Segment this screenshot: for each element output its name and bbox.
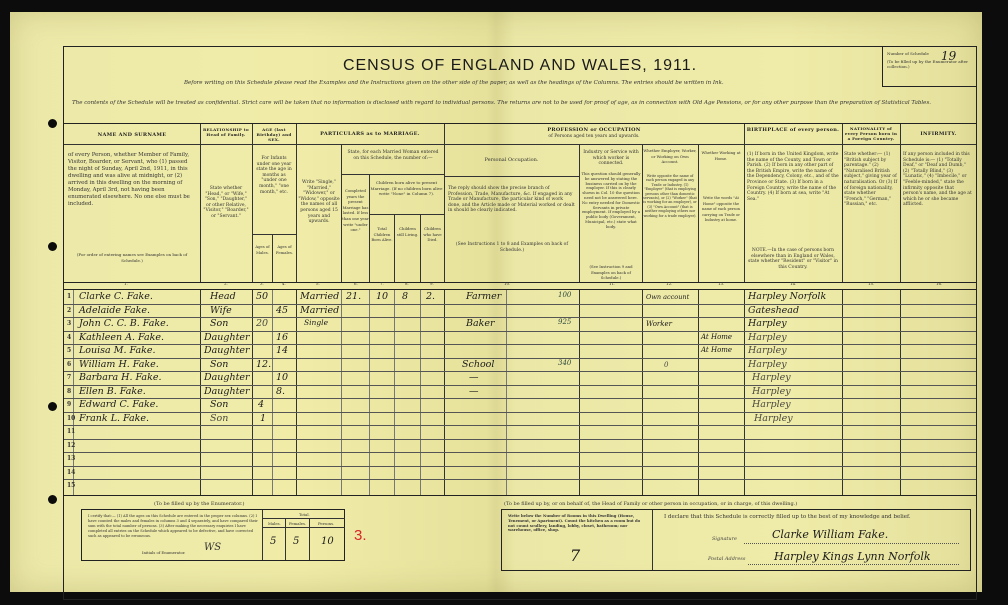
person-name: Adelaide Fake. [79,305,150,316]
enumerator-heading: (To be filled up by the Enumerator.) [154,501,245,507]
females-label: Females. [289,521,306,526]
column-number-row: 1. 2. 3. 4. 5. 6. 7. 8. 9. 10. 11. 12. 1… [64,281,976,290]
header-industry: Industry or Service with which worker is… [581,150,641,167]
birthplace: Harpley [748,359,787,370]
header-relationship-text: State whether "Head," or "Wife," "Son," … [202,186,250,220]
occupier-heading: (To be filled up by, or on behalf of, th… [504,501,797,507]
person-name: Kathleen A. Fake. [79,332,164,343]
schedule-number-note: (To be filled up by the Enumerator after… [887,59,972,69]
person-name: Ellen B. Fake. [79,386,146,397]
header-industry-note: (See Instruction 9 and Examples on back … [581,264,641,281]
working-at-home: At Home [701,346,732,354]
header-infirmity-title: INFIRMITY. [901,131,976,137]
employment-status: Worker [646,320,672,328]
males-total: 5 [270,536,276,547]
employment-status: 0 [664,361,668,369]
header-marriage-years: Completed years the present Marriage has… [342,188,369,233]
header-children-died: Children who have Died. [421,226,444,243]
age-female: 14 [276,345,288,356]
header-employer-text: Write opposite the name of each person e… [643,174,697,218]
table-row: 8 Ellen B. Fake. Daughter 8. — Harpley [64,385,976,400]
table-row: 3 John C. C. B. Fake. Son 20 Single Bake… [64,317,976,332]
census-schedule-page: CENSUS OF ENGLAND AND WALES, 1911. Befor… [10,12,982,592]
header-children-total: Total Children Born Alive. [370,226,394,243]
red-annotation: 3. [354,527,367,544]
totals-box: Total. Males. Females. Persons. 5 5 10 [262,510,345,560]
table-row: 15 [64,479,976,493]
age-male: 12. [256,359,271,370]
occupation-code: 925 [558,318,571,326]
punch-hole [48,402,57,411]
table-row: 6 William H. Fake. Son 12. School 340 0 … [64,358,976,373]
header-nationality-title: NATIONALITY of every Person born in a Fo… [843,126,899,141]
column-headers: NAME AND SURNAME of every Person, whethe… [64,123,976,283]
table-row: 10 Frank L. Fake. Son 1 Harpley [64,412,976,427]
header-name-text: of every Person, whether Member of Famil… [68,152,196,208]
declaration-text: I declare that this Schedule is correctl… [664,514,911,520]
punch-hole [48,495,57,504]
header-age-females: Ages of Females. [273,244,296,255]
birthplace: Harpley [748,318,787,329]
header-employer: Whether Employer, Worker, or Working on … [643,148,697,165]
postal-address-value: Harpley Kings Lynn Norfolk [774,550,931,563]
header-infirmity-text: If any person included in this Schedule … [903,152,973,208]
occupation-code: 100 [558,291,571,299]
enumerator-box: I certify that:— (1) All the ages on thi… [81,509,345,561]
birthplace: Harpley Norfolk [748,291,826,302]
person-name: Louisa M. Fake. [79,345,156,356]
punch-hole [48,119,57,128]
person-name: Edward C. Fake. [79,399,158,410]
header-occupation-subtitle: of Persons aged ten years and upwards. [444,134,744,140]
children-total: 10 [376,291,388,302]
rooms-instructions: Write below the Number of Rooms in this … [508,514,648,533]
instruction-line: Before writing on this Schedule please r… [184,80,724,86]
header-relationship-title: RELATIONSHIP to Head of Family. [201,127,251,137]
header-marriage-condition: Write "Single," "Married," "Widower," or… [298,180,340,225]
header-name-note: (For order of entering names see Example… [68,252,196,263]
total-label: Total. [299,512,310,517]
enumerator-initials: WS [204,542,221,553]
table-row: 14 [64,466,976,481]
age-female: 8. [276,386,285,397]
rooms-box: Write below the Number of Rooms in this … [502,510,653,570]
header-industry-text: This question should generally be answer… [581,172,641,230]
header-marriage-title: PARTICULARS as to MARRIAGE. [296,131,444,137]
header-married-woman: State, for each Married Woman entered on… [344,150,442,161]
header-personal-note: (See Instructions 1 to 8 and Examples on… [448,242,576,253]
employment-status: Own account [646,293,689,301]
document-title: CENSUS OF ENGLAND AND WALES, 1911. [64,57,976,75]
person-name: Clarke C. Fake. [79,291,153,302]
occupation: School [462,359,494,370]
marital-condition: Married [300,291,339,302]
signature-label: Signature [712,536,737,542]
schedule-number-label: Number of Schedule [887,51,929,56]
children-died: 2. [426,291,435,302]
age-male: 1 [260,413,266,424]
marital-condition: Single [304,318,328,327]
person-name: Barbara H. Fake. [79,372,162,383]
relationship: Daughter [204,372,250,383]
relationship: Son [210,399,228,410]
birthplace: Harpley [754,413,793,424]
relationship: Son [210,413,228,424]
rooms-count: 7 [570,546,580,565]
table-row: 4 Kathleen A. Fake. Daughter 16 At Home … [64,331,976,346]
occupation: — [469,372,479,383]
age-female: 45 [276,305,288,316]
header-birthplace-text: (1) If born in the United Kingdom, write… [747,152,839,202]
header-age-text: For Infants under one year state the age… [254,156,294,195]
birthplace: Harpley [748,345,787,356]
occupation: Baker [466,318,495,329]
age-male: 4 [258,399,264,410]
schedule-number-box: Number of Schedule 19 (To be filled up b… [882,47,976,87]
relationship: Wife [210,305,232,316]
schedule-frame: CENSUS OF ENGLAND AND WALES, 1911. Befor… [63,46,977,600]
table-row: 12 [64,439,976,454]
birthplace: Harpley [752,399,791,410]
age-male: 20 [256,318,268,329]
occupation: Farmer [466,291,501,302]
header-name-title: NAME AND SURNAME [64,132,200,138]
relationship: Son [210,359,228,370]
person-name: Frank L. Fake. [79,413,149,424]
relationship: Son [210,318,228,329]
punch-hole [48,242,57,251]
signature-value: Clarke William Fake. [772,528,888,541]
header-home: Whether Working at Home. [699,150,743,161]
relationship: Daughter [204,386,250,397]
birthplace: Harpley [752,372,791,383]
confidential-notice: The contents of the Schedule will be tre… [72,99,972,107]
enumerator-initials-label: Initials of Enumerator. [142,550,185,555]
occupation: — [469,386,479,397]
postal-address-label: Postal Address [708,556,745,562]
birthplace: Harpley [748,332,787,343]
females-total: 5 [293,536,299,547]
person-name: William H. Fake. [79,359,159,370]
header-children-living: Children still Living. [395,226,420,237]
header-birthplace-note: NOTE.—In the case of persons born elsewh… [747,248,839,270]
header-nationality-text: State whether:— (1) "British subject by … [844,152,898,208]
header-age-males: Ages of Males. [253,244,272,255]
header-home-text: Write the words "At Home" opposite the n… [699,196,743,224]
working-at-home: At Home [701,333,732,341]
person-name: John C. C. B. Fake. [79,318,169,329]
header-age-title: AGE (last Birthday) and SEX. [253,127,295,142]
birthplace: Gateshead [748,305,799,316]
persons-label: Persons. [318,521,334,526]
header-personal-occupation: Personal Occupation. [446,158,577,164]
header-occupation-title: PROFESSION or OCCUPATION [444,127,744,133]
relationship: Head [210,291,236,302]
header-marriage-children: Children born alive to present Marriage.… [370,180,443,197]
birthplace: Harpley [752,386,791,397]
table-row: 5 Louisa M. Fake. Daughter 14 At Home Ha… [64,344,976,359]
age-male: 50 [256,291,268,302]
age-female: 16 [276,332,288,343]
children-living: 8 [402,291,408,302]
occupier-box: Write below the Number of Rooms in this … [501,509,971,571]
table-row: 7 Barbara H. Fake. Daughter 10 — Harpley [64,371,976,386]
age-female: 10 [276,372,288,383]
table-row: 1 Clarke C. Fake. Head 50 Married 21. 10… [64,290,976,305]
years-married: 21. [346,291,361,302]
schedule-number-value: 19 [941,49,956,63]
table-row: 2 Adelaide Fake. Wife 45 Married Gateshe… [64,304,976,319]
enumerator-certification: I certify that:— (1) All the ages on thi… [88,514,258,539]
header-birthplace-title: BIRTHPLACE of every person. [744,127,842,133]
table-row: 13 [64,452,976,467]
table-row: 9 Edward C. Fake. Son 4 Harpley [64,398,976,413]
relationship: Daughter [204,332,250,343]
relationship: Daughter [204,345,250,356]
header-personal-text: The reply should show the precise branch… [448,186,576,214]
marital-condition: Married [300,305,339,316]
males-label: Males. [268,521,281,526]
table-row: 11 [64,425,976,440]
occupation-code: 340 [558,359,571,367]
persons-total: 10 [321,536,334,547]
